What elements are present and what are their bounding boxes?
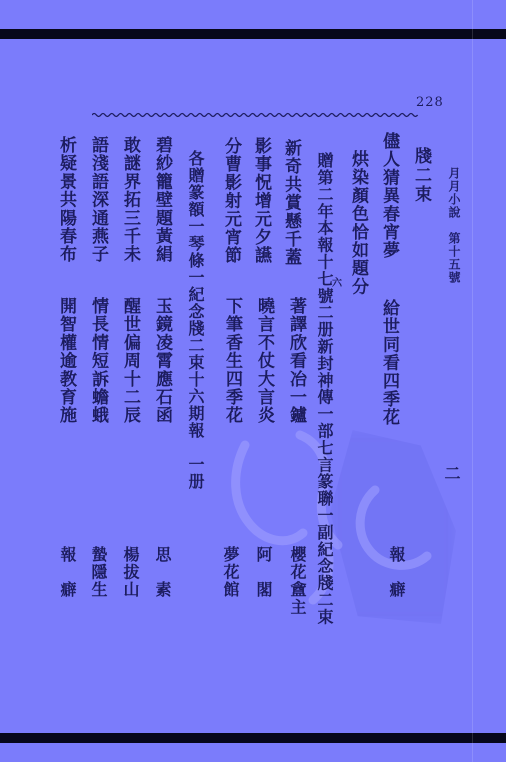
wavy-divider: [92, 111, 422, 119]
entry-line2: 曉言不仗大言炎: [254, 297, 274, 424]
entry-author: 楊拔山: [120, 546, 140, 599]
entry-author: 阿 閣: [253, 546, 273, 599]
entry-line1: 敢謎界拓三千未: [120, 136, 140, 263]
scan-edge-bar-bottom: [0, 733, 506, 743]
entry-line1: 分曹影射元宵節: [221, 137, 241, 264]
scanned-page: 228 月月小說 第十五號 二 牋二束 儘人猜異春宵夢 給世同看四季花 報 癖 …: [0, 0, 506, 762]
entry-line2: 醒世偏周十二辰: [120, 297, 140, 424]
entry-author: 報 癖: [386, 546, 406, 599]
entry-line1: 語淺語深通燕子: [88, 136, 108, 263]
entry-line2: 下筆香生四季花: [222, 297, 242, 424]
entry-line2: 著譯欣看冶一鑪: [286, 297, 306, 424]
entry-line1: 儘人猜異春宵夢: [379, 132, 399, 259]
entry-author: 報 癖: [57, 546, 77, 599]
entry-author: 蟄隱生: [88, 546, 108, 599]
prize-description: 贈第二年本報十七號二册新封神傳一部七言篆聯一副紀念牋二束: [314, 152, 334, 625]
entry-author: 思 素: [152, 546, 172, 599]
prize-description: 各贈篆額一琴條一紀念牋二束十六期報 一册: [185, 150, 205, 490]
entry-line1: 析疑景共陽春布: [56, 136, 76, 263]
entry-line2: 給世同看四季花: [379, 299, 399, 426]
page-number: 228: [416, 95, 444, 110]
entry-author: 櫻花盦主: [287, 546, 307, 616]
leaf-number: 二: [442, 465, 460, 481]
entry-line1: 新奇共賞懸千蓋: [281, 139, 301, 266]
running-title: 月月小說 第十五號: [446, 167, 461, 284]
entry-line2: 情長情短訴蟾蛾: [88, 297, 108, 424]
entry-line1: 影事怳增元夕讌: [251, 137, 271, 264]
carryover-text: 牋二束: [411, 147, 431, 204]
entry-note: 烘染顏色恰如題分: [348, 150, 368, 296]
inline-correction-note: 六: [332, 274, 342, 289]
scan-edge-bar-top: [0, 29, 506, 39]
wavy-divider-path: [92, 114, 418, 117]
entry-author: 夢花館: [220, 546, 240, 599]
entry-line2: 玉鏡凌霄應石函: [152, 297, 172, 424]
entry-line2: 開智權逾教育施: [56, 297, 76, 424]
entry-line1: 碧紗籠壁題黃絹: [152, 136, 172, 263]
